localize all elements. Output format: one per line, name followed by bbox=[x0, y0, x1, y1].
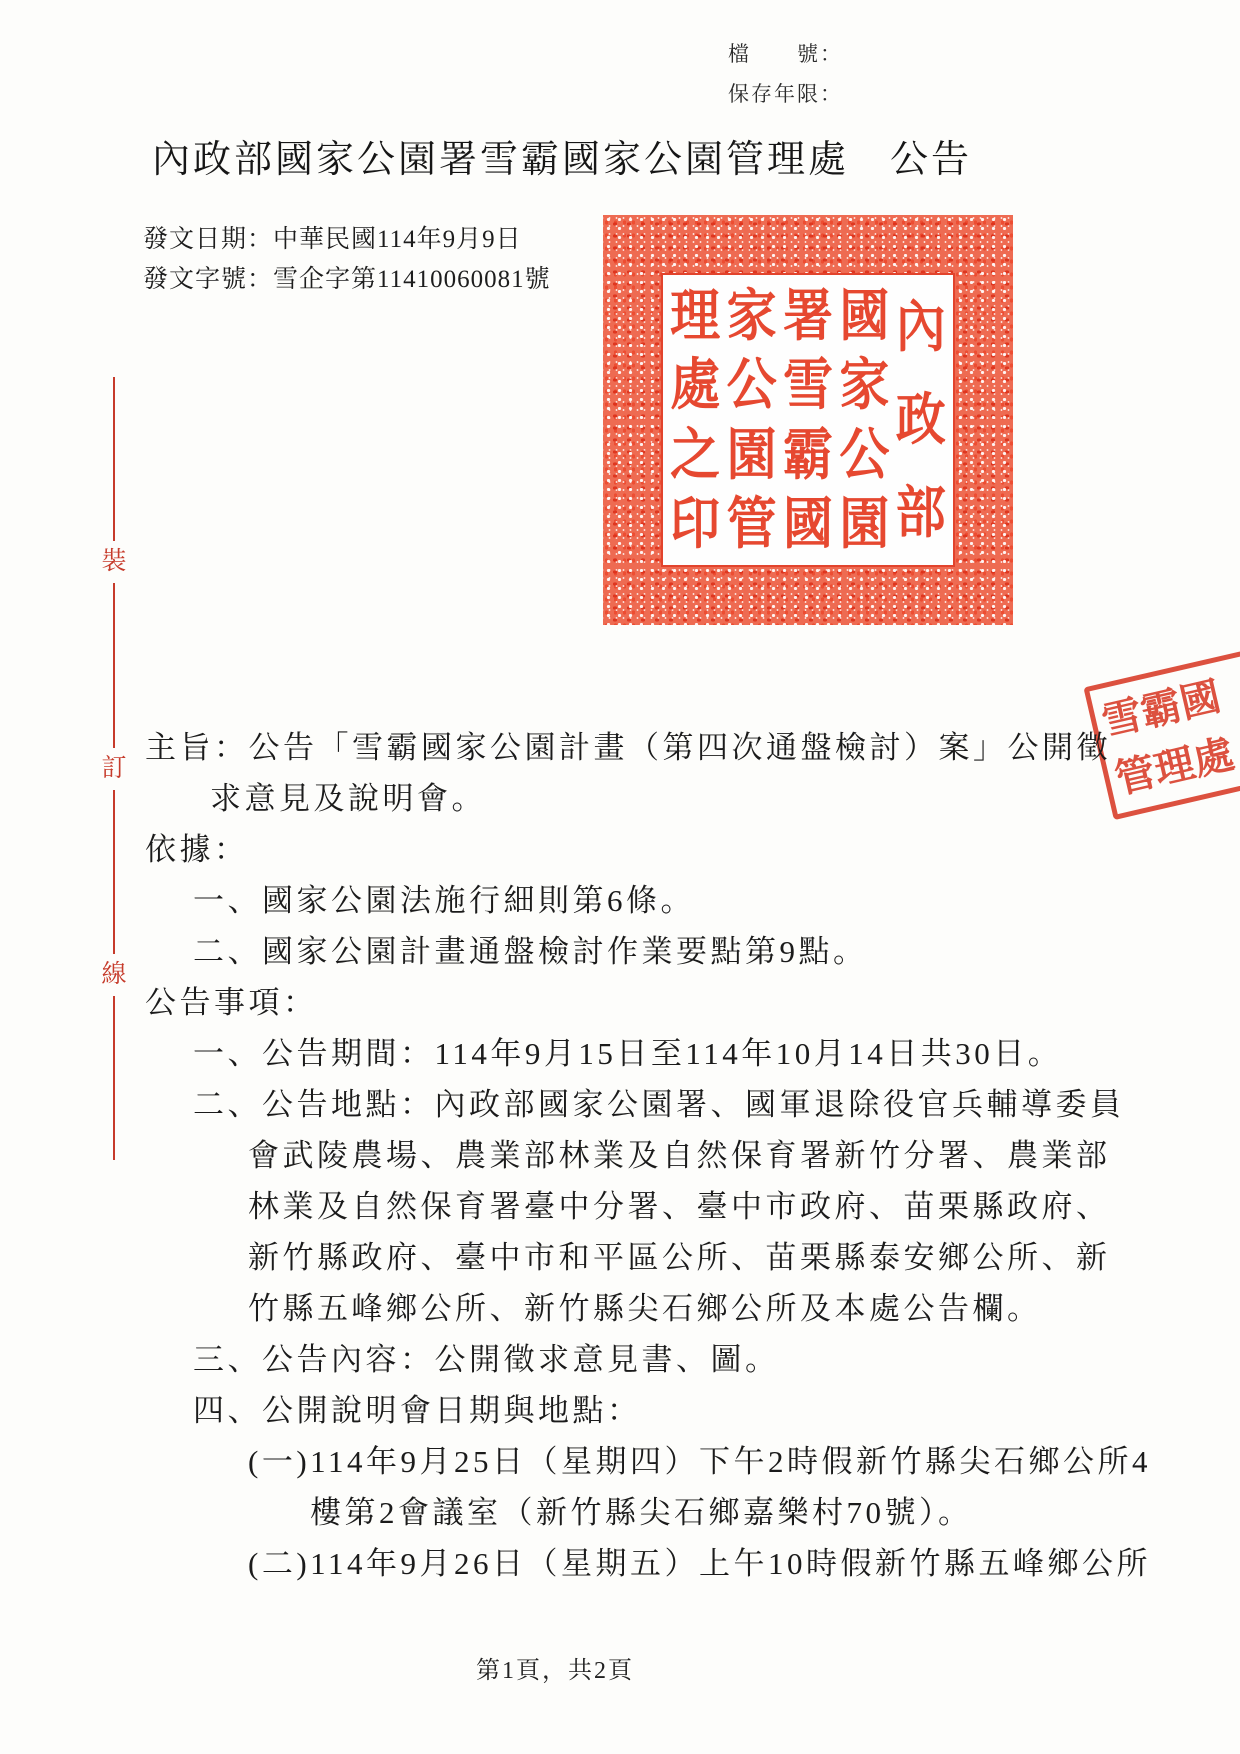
seal-column: 理處之印 bbox=[667, 281, 723, 559]
body-line: 一、國家公園法施行細則第6條。 bbox=[0, 875, 1240, 926]
body-line: 一、公告期間：114年9月15日至114年10月14日共30日。 bbox=[0, 1028, 1240, 1079]
seal-character: 家 bbox=[727, 288, 777, 344]
file-number-label: 檔 號： bbox=[728, 34, 843, 74]
seal-character: 署 bbox=[783, 288, 833, 344]
body-line: 主旨：公告「雪霸國家公園計畫（第四次通盤檢討）案」公開徵 bbox=[0, 722, 1240, 773]
seal-character: 國 bbox=[783, 496, 833, 552]
seal-column: 內政部 bbox=[893, 281, 949, 559]
seal-character: 雪 bbox=[783, 357, 833, 413]
body-line: 林業及自然保育署臺中分署、臺中市政府、苗栗縣政府、 bbox=[0, 1181, 1240, 1232]
page-footer: 第1頁，共2頁 bbox=[0, 1650, 1175, 1685]
body-line: 新竹縣政府、臺中市和平區公所、苗栗縣泰安鄉公所、新 bbox=[0, 1232, 1240, 1283]
seal-character: 管 bbox=[727, 496, 777, 552]
seal-column: 署雪霸國 bbox=[780, 281, 836, 559]
seal-character: 園 bbox=[727, 427, 777, 483]
binding-line bbox=[113, 377, 115, 541]
binding-char: 裝 bbox=[101, 541, 126, 583]
seal-character: 理 bbox=[670, 288, 720, 344]
body-line: 樓第2會議室（新竹縣尖石鄉嘉樂村70號）。 bbox=[0, 1487, 1240, 1538]
body-line: 四、公開說明會日期與地點： bbox=[0, 1385, 1240, 1436]
seal-character: 之 bbox=[670, 427, 720, 483]
seal-character: 處 bbox=[670, 357, 720, 413]
seal-column: 家公園管 bbox=[723, 281, 779, 559]
body-line: (二)114年9月26日（星期五）上午10時假新竹縣五峰鄉公所 bbox=[0, 1538, 1240, 1589]
seal-character: 印 bbox=[670, 496, 720, 552]
seal-character: 政 bbox=[896, 392, 946, 448]
seal-character: 國 bbox=[839, 288, 889, 344]
seal-character: 園 bbox=[839, 496, 889, 552]
issue-info: 發文日期：中華民國114年9月9日 發文字號：雪企字第11410060081號 bbox=[143, 220, 551, 300]
issue-number: 發文字號：雪企字第11410060081號 bbox=[143, 260, 551, 300]
seal-character: 公 bbox=[839, 427, 889, 483]
issue-date: 發文日期：中華民國114年9月9日 bbox=[143, 220, 551, 260]
body-line: 會武陵農場、農業部林業及自然保育署新竹分署、農業部 bbox=[0, 1130, 1240, 1181]
archive-meta: 檔 號： 保存年限： bbox=[728, 34, 843, 114]
seal-character: 家 bbox=[839, 357, 889, 413]
document-page: 檔 號： 保存年限： 內政部國家公園署雪霸國家公園管理處 公告 發文日期：中華民… bbox=[0, 0, 1240, 1754]
official-seal-text: 內政部國家公園署雪霸國家公園管理處之印 bbox=[661, 273, 955, 567]
body-line: 依據： bbox=[0, 824, 1240, 875]
official-seal: 內政部國家公園署雪霸國家公園管理處之印 bbox=[603, 215, 1013, 625]
body-line: 求意見及說明會。 bbox=[0, 773, 1240, 824]
seal-character: 內 bbox=[896, 299, 946, 355]
body-line: 三、公告內容：公開徵求意見書、圖。 bbox=[0, 1334, 1240, 1385]
retention-period-label: 保存年限： bbox=[728, 74, 843, 114]
body-line: 二、公告地點：內政部國家公園署、國軍退除役官兵輔導委員 bbox=[0, 1079, 1240, 1130]
body-line: 公告事項： bbox=[0, 977, 1240, 1028]
body-line: 竹縣五峰鄉公所、新竹縣尖石鄉公所及本處公告欄。 bbox=[0, 1283, 1240, 1334]
seal-character: 公 bbox=[727, 357, 777, 413]
body-text: 主旨：公告「雪霸國家公園計畫（第四次通盤檢討）案」公開徵求意見及說明會。依據：一… bbox=[0, 722, 1240, 1589]
seal-character: 霸 bbox=[783, 427, 833, 483]
seal-character: 部 bbox=[896, 485, 946, 541]
body-line: 二、國家公園計畫通盤檢討作業要點第9點。 bbox=[0, 926, 1240, 977]
body-line: (一)114年9月25日（星期四）下午2時假新竹縣尖石鄉公所4 bbox=[0, 1436, 1240, 1487]
seal-column: 國家公園 bbox=[836, 281, 892, 559]
document-title: 內政部國家公園署雪霸國家公園管理處 公告 bbox=[0, 128, 1182, 183]
